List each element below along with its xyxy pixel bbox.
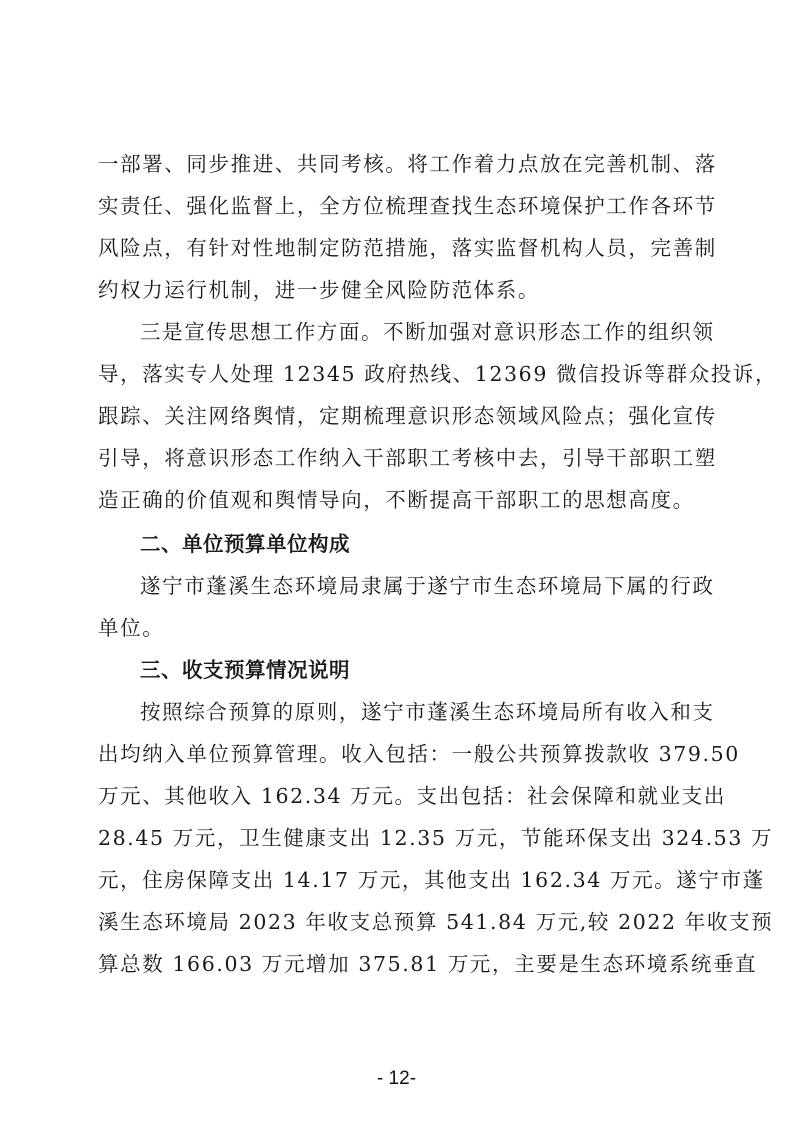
paragraph-line: 一部署、同步推进、共同考核。将工作着力点放在完善机制、落 bbox=[98, 150, 698, 178]
paragraph-line: 约权力运行机制，进一步健全风险防范体系。 bbox=[98, 276, 698, 304]
paragraph-line: 三是宣传思想工作方面。不断加强对意识形态工作的组织领 bbox=[140, 318, 698, 346]
paragraph-line: 引导，将意识形态工作纳入干部职工考核中去，引导干部职工塑 bbox=[98, 444, 698, 472]
paragraph-line: 遂宁市蓬溪生态环境局隶属于遂宁市生态环境局下属的行政 bbox=[140, 572, 698, 600]
section-heading: 三、收支预算情况说明 bbox=[140, 656, 740, 684]
paragraph-line: 实责任、强化监督上，全方位梳理查找生态环境保护工作各环节 bbox=[98, 192, 698, 220]
paragraph-line: 算总数 166.03 万元增加 375.81 万元，主要是生态环境系统垂直 bbox=[98, 950, 698, 978]
document-page: 一部署、同步推进、共同考核。将工作着力点放在完善机制、落 实责任、强化监督上，全… bbox=[0, 0, 793, 1122]
paragraph-line: 28.45 万元，卫生健康支出 12.35 万元，节能环保支出 324.53 万 bbox=[98, 824, 698, 852]
paragraph-line: 跟踪、关注网络舆情，定期梳理意识形态领域风险点；强化宣传 bbox=[98, 402, 698, 430]
paragraph-line: 溪生态环境局 2023 年收支总预算 541.84 万元,较 2022 年收支预 bbox=[98, 908, 698, 936]
section-heading: 二、单位预算单位构成 bbox=[140, 530, 740, 558]
paragraph-line: 出均纳入单位预算管理。收入包括：一般公共预算拨款收 379.50 bbox=[98, 740, 698, 768]
page-number: - 12- bbox=[0, 1068, 793, 1090]
paragraph-line: 万元、其他收入 162.34 万元。支出包括：社会保障和就业支出 bbox=[98, 782, 698, 810]
paragraph-line: 风险点，有针对性地制定防范措施，落实监督机构人员，完善制 bbox=[98, 234, 698, 262]
paragraph-line: 元，住房保障支出 14.17 万元，其他支出 162.34 万元。遂宁市蓬 bbox=[98, 866, 698, 894]
paragraph-line: 按照综合预算的原则，遂宁市蓬溪生态环境局所有收入和支 bbox=[140, 698, 698, 726]
paragraph-line: 单位。 bbox=[98, 614, 698, 642]
paragraph-line: 造正确的价值观和舆情导向，不断提高干部职工的思想高度。 bbox=[98, 486, 698, 514]
paragraph-line: 导，落实专人处理 12345 政府热线、12369 微信投诉等群众投诉， bbox=[98, 360, 698, 388]
